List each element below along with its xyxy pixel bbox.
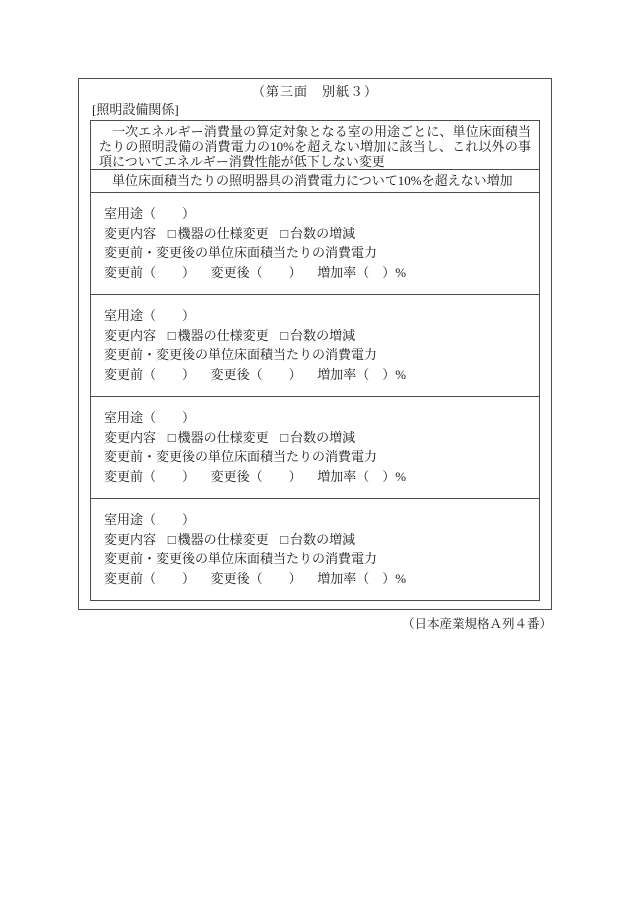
after-value: 変更後（ ） xyxy=(211,367,302,382)
checkbox-equipment-spec: □機器の仕様変更 xyxy=(168,430,269,445)
checkbox-unit-count: □台数の増減 xyxy=(280,430,355,445)
checkbox-unit-count: □台数の増減 xyxy=(280,328,355,343)
checkbox-unit-count-label: 台数の増減 xyxy=(290,328,355,343)
entry-block-3: 室用途（ ） 変更内容□機器の仕様変更□台数の増減 変更前・変更後の単位床面積当… xyxy=(91,396,539,498)
power-label-line: 変更前・変更後の単位床面積当たりの消費電力 xyxy=(104,345,531,365)
checkbox-unit-count-label: 台数の増減 xyxy=(290,532,355,547)
power-label-line: 変更前・変更後の単位床面積当たりの消費電力 xyxy=(104,447,531,467)
checkbox-equipment-spec: □機器の仕様変更 xyxy=(168,328,269,343)
checkbox-equipment-spec-label: 機器の仕様変更 xyxy=(178,328,269,343)
change-content-line: 変更内容□機器の仕様変更□台数の増減 xyxy=(104,530,531,550)
checkbox-unit-count: □台数の増減 xyxy=(280,226,355,241)
section-label: [照明設備関係] xyxy=(79,102,551,118)
increase-rate: 増加率（ ）% xyxy=(317,265,406,280)
room-use-line: 室用途（ ） xyxy=(104,510,531,530)
after-value: 変更後（ ） xyxy=(211,265,302,280)
power-label-line: 変更前・変更後の単位床面積当たりの消費電力 xyxy=(104,243,531,263)
change-content-label: 変更内容 xyxy=(104,328,156,343)
checkbox-equipment-spec: □機器の仕様変更 xyxy=(168,226,269,241)
change-description-text: 一次エネルギー消費量の算定対象となる室の用途ごとに、単位床面積当たりの照明設備の… xyxy=(99,124,531,169)
checkbox-icon: □ xyxy=(168,430,176,445)
power-label-line: 変更前・変更後の単位床面積当たりの消費電力 xyxy=(104,549,531,569)
form-table: 一次エネルギー消費量の算定対象となる室の用途ごとに、単位床面積当たりの照明設備の… xyxy=(90,120,540,601)
entry-block-4: 室用途（ ） 変更内容□機器の仕様変更□台数の増減 変更前・変更後の単位床面積当… xyxy=(91,498,539,600)
checkbox-icon: □ xyxy=(280,430,288,445)
values-line: 変更前（ ）変更後（ ）増加率（ ）% xyxy=(104,569,531,589)
after-value: 変更後（ ） xyxy=(211,469,302,484)
values-line: 変更前（ ）変更後（ ）増加率（ ）% xyxy=(104,467,531,487)
room-use-line: 室用途（ ） xyxy=(104,204,531,224)
change-content-label: 変更内容 xyxy=(104,430,156,445)
increase-rate: 増加率（ ）% xyxy=(317,367,406,382)
checkbox-icon: □ xyxy=(280,328,288,343)
change-content-label: 変更内容 xyxy=(104,226,156,241)
checkbox-icon: □ xyxy=(280,226,288,241)
paper-size-note: （日本産業規格Ａ列４番） xyxy=(402,616,552,632)
increase-rate: 増加率（ ）% xyxy=(317,469,406,484)
entry-block-2: 室用途（ ） 変更内容□機器の仕様変更□台数の増減 変更前・変更後の単位床面積当… xyxy=(91,294,539,396)
room-use-line: 室用途（ ） xyxy=(104,306,531,326)
after-value: 変更後（ ） xyxy=(211,571,302,586)
checkbox-icon: □ xyxy=(168,328,176,343)
form-title: （第三面 別紙３） xyxy=(79,79,551,100)
before-value: 変更前（ ） xyxy=(104,367,195,382)
values-line: 変更前（ ）変更後（ ）増加率（ ）% xyxy=(104,365,531,385)
before-value: 変更前（ ） xyxy=(104,265,195,280)
change-content-line: 変更内容□機器の仕様変更□台数の増減 xyxy=(104,326,531,346)
checkbox-unit-count: □台数の増減 xyxy=(280,532,355,547)
increase-rate: 増加率（ ）% xyxy=(317,571,406,586)
before-value: 変更前（ ） xyxy=(104,469,195,484)
checkbox-equipment-spec-label: 機器の仕様変更 xyxy=(178,226,269,241)
change-description-row: 一次エネルギー消費量の算定対象となる室の用途ごとに、単位床面積当たりの照明設備の… xyxy=(91,121,539,169)
change-content-line: 変更内容□機器の仕様変更□台数の増減 xyxy=(104,224,531,244)
before-value: 変更前（ ） xyxy=(104,571,195,586)
checkbox-icon: □ xyxy=(280,532,288,547)
checkbox-unit-count-label: 台数の増減 xyxy=(290,226,355,241)
sub-change-description-text: 単位床面積当たりの照明器具の消費電力について10%を超えない増加 xyxy=(99,173,513,188)
form-outer-box: （第三面 別紙３） [照明設備関係] 一次エネルギー消費量の算定対象となる室の用… xyxy=(78,78,552,610)
entry-block-1: 室用途（ ） 変更内容□機器の仕様変更□台数の増減 変更前・変更後の単位床面積当… xyxy=(91,192,539,294)
values-line: 変更前（ ）変更後（ ）増加率（ ）% xyxy=(104,263,531,283)
checkbox-equipment-spec: □機器の仕様変更 xyxy=(168,532,269,547)
checkbox-icon: □ xyxy=(168,226,176,241)
change-content-label: 変更内容 xyxy=(104,532,156,547)
checkbox-equipment-spec-label: 機器の仕様変更 xyxy=(178,532,269,547)
checkbox-equipment-spec-label: 機器の仕様変更 xyxy=(178,430,269,445)
change-content-line: 変更内容□機器の仕様変更□台数の増減 xyxy=(104,428,531,448)
sub-change-description-row: 単位床面積当たりの照明器具の消費電力について10%を超えない増加 xyxy=(91,169,539,192)
checkbox-icon: □ xyxy=(168,532,176,547)
checkbox-unit-count-label: 台数の増減 xyxy=(290,430,355,445)
document-page: { "colors": { "background": "#ffffff", "… xyxy=(0,0,630,903)
room-use-line: 室用途（ ） xyxy=(104,408,531,428)
